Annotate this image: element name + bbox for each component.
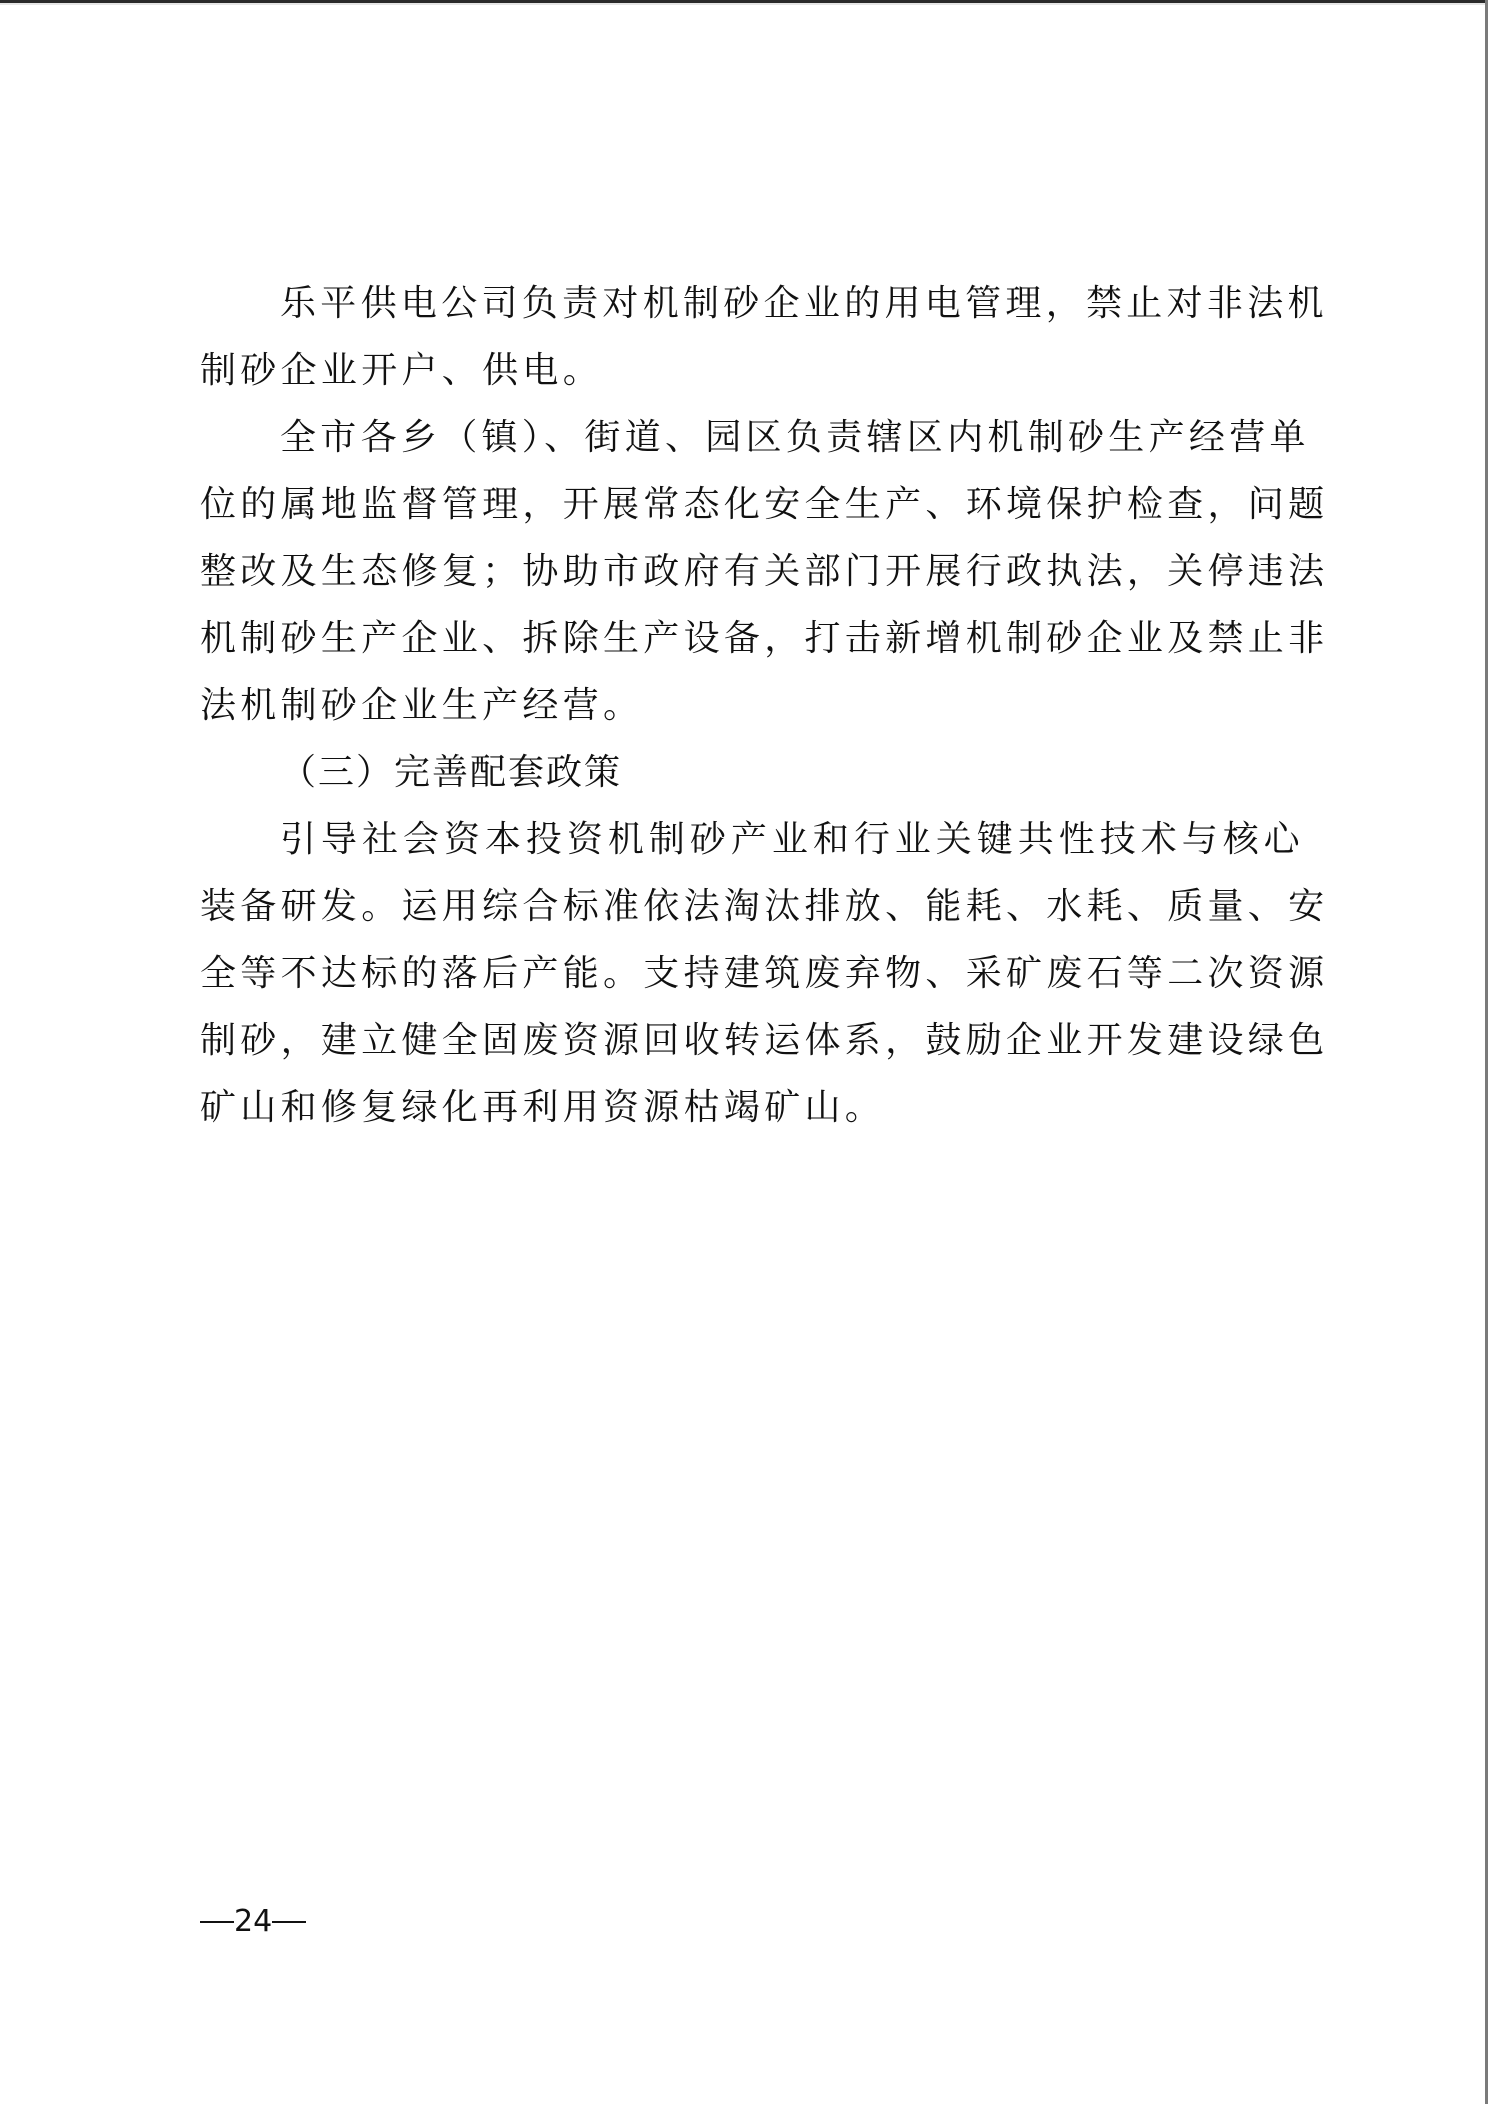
- text-line: 整改及生态修复；协助市政府有关部门开展行政执法，关停违法: [200, 538, 1304, 605]
- page-number-left-dash: [200, 1921, 234, 1923]
- page-number-value: 24: [234, 1902, 272, 1942]
- paragraph-supporting-policies: 引导社会资本投资机制砂产业和行业关键共性技术与核心 装备研发。运用综合标准依法淘…: [200, 806, 1304, 1141]
- text-line: 全市各乡（镇）、街道、园区负责辖区内机制砂生产经营单: [200, 404, 1304, 471]
- paragraph-power-supply: 乐平供电公司负责对机制砂企业的用电管理，禁止对非法机 制砂企业开户、供电。: [200, 270, 1304, 404]
- text-line: 乐平供电公司负责对机制砂企业的用电管理，禁止对非法机: [200, 270, 1304, 337]
- text-line: 位的属地监督管理，开展常态化安全生产、环境保护检查，问题: [200, 471, 1304, 538]
- page-number-right-dash: [272, 1921, 306, 1923]
- paragraph-township-supervision: 全市各乡（镇）、街道、园区负责辖区内机制砂生产经营单 位的属地监督管理，开展常态…: [200, 404, 1304, 739]
- text-line: 法机制砂企业生产经营。: [200, 672, 1304, 739]
- text-line: 机制砂生产企业、拆除生产设备，打击新增机制砂企业及禁止非: [200, 605, 1304, 672]
- document-body: 乐平供电公司负责对机制砂企业的用电管理，禁止对非法机 制砂企业开户、供电。 全市…: [200, 270, 1304, 1141]
- text-line: 引导社会资本投资机制砂产业和行业关键共性技术与核心: [200, 806, 1304, 873]
- text-line: 矿山和修复绿化再利用资源枯竭矿山。: [200, 1074, 1304, 1141]
- section-heading-supporting-policies: （三）完善配套政策: [200, 739, 1304, 806]
- text-line: 制砂企业开户、供电。: [200, 337, 1304, 404]
- page-number: 24: [200, 1902, 306, 1942]
- text-line: 全等不达标的落后产能。支持建筑废弃物、采矿废石等二次资源: [200, 940, 1304, 1007]
- page-top-border-shadow: [0, 3, 1488, 5]
- text-line: 制砂，建立健全固废资源回收转运体系，鼓励企业开发建设绿色: [200, 1007, 1304, 1074]
- text-line: 装备研发。运用综合标准依法淘汰排放、能耗、水耗、质量、安: [200, 873, 1304, 940]
- section-heading: （三）完善配套政策: [200, 739, 1304, 806]
